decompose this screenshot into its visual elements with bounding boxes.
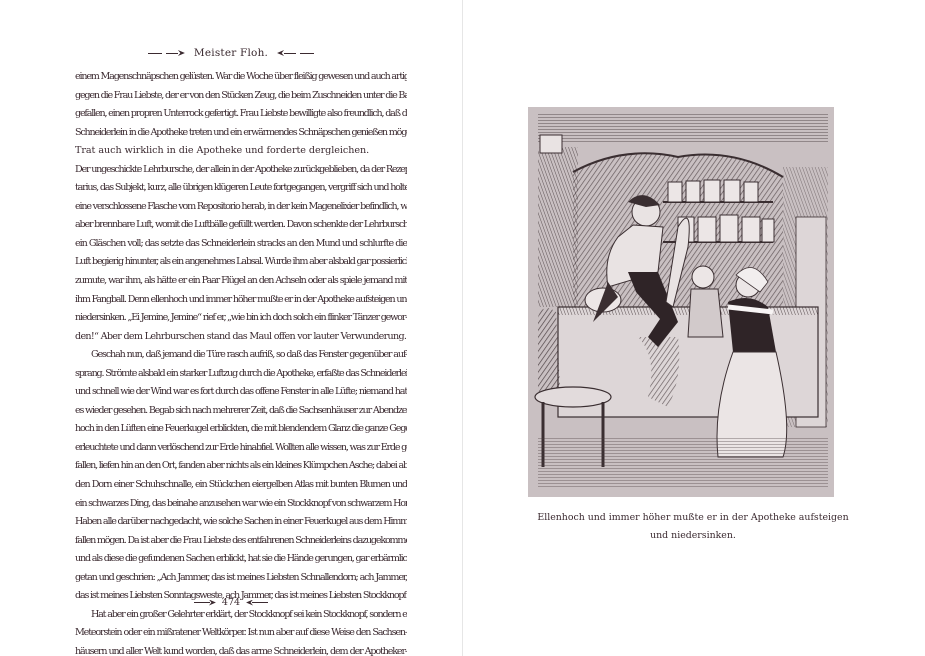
text-line: aber brennbare Luft, womit die Luftbälle…	[75, 216, 407, 235]
text-line: Geschah nun, daß jemand die Türe rasch a…	[75, 346, 407, 365]
text-line: hoch in den Lüften eine Feuerkugel erbli…	[75, 420, 407, 439]
text-line: Hat aber ein großer Gelehrter erklärt, d…	[75, 606, 407, 625]
illustration-plate	[528, 107, 834, 497]
text-line: den!“ Aber dem Lehrburschen stand das Ma…	[75, 328, 407, 347]
text-line: gegen die Frau Liebste, der er von den S…	[75, 87, 407, 106]
text-line: niedersinken. „Ei Jemine, Jemine“ rief e…	[75, 309, 407, 328]
text-line: Schneiderlein in die Apotheke treten und…	[75, 124, 407, 143]
text-line: erleuchtete und dann verlöschend zur Erd…	[75, 439, 407, 458]
running-head: Meister Floh.	[0, 47, 462, 59]
caption-line: Ellenhoch und immer höher mußte er in de…	[503, 509, 883, 527]
text-line: Meteorstein oder ein mißratener Weltkörp…	[75, 624, 407, 643]
right-page: Ellenhoch und immer höher mußte er in de…	[463, 0, 925, 656]
text-line: eine verschlossene Flasche vom Repositor…	[75, 198, 407, 217]
text-line: häusern und aller Welt kund worden, daß …	[75, 643, 407, 656]
folio-ornament-right-icon	[246, 600, 268, 606]
ornament-right-icon	[274, 50, 314, 56]
text-line: Der ungeschickte Lehrbursche, der allein…	[75, 161, 407, 180]
page-number-value: 474	[222, 597, 240, 608]
text-line: und als diese die gefundenen Sachen erbl…	[75, 550, 407, 569]
text-line: getan und geschrien: „Ach Jammer, das is…	[75, 569, 407, 588]
text-line: gefallen, einen propren Unterrock gefert…	[75, 105, 407, 124]
left-page: Meister Floh. einem Magenschnäpschen gel…	[0, 0, 462, 656]
text-line: und schnell wie der Wind war es fort dur…	[75, 383, 407, 402]
text-line: fallen mögen. Da ist aber die Frau Liebs…	[75, 532, 407, 551]
text-line: es wieder gesehen. Begab sich nach mehre…	[75, 402, 407, 421]
ornament-left-icon	[148, 50, 188, 56]
text-line: tarius, das Subjekt, kurz, alle übrigen …	[75, 179, 407, 198]
text-line: ein Gläschen voll; das setzte das Schnei…	[75, 235, 407, 254]
text-line: fallen, liefen hin an den Ort, fanden ab…	[75, 457, 407, 476]
running-head-title: Meister Floh.	[194, 47, 268, 59]
folio-ornament-left-icon	[194, 600, 216, 606]
engraving-illustration-icon	[528, 107, 834, 497]
text-line: Trat auch wirklich in die Apotheke und f…	[75, 142, 407, 161]
text-line: ein schwarzes Ding, das beinahe anzusehe…	[75, 495, 407, 514]
text-line: Luft begierig hinunter, als ein angenehm…	[75, 253, 407, 272]
body-text: einem Magenschnäpschen gelüsten. War die…	[75, 68, 407, 656]
text-line: zumute, war ihm, als hätte er ein Paar F…	[75, 272, 407, 291]
book-spread: Meister Floh. einem Magenschnäpschen gel…	[0, 0, 925, 656]
text-line: sprang. Strömte alsbald ein starker Luft…	[75, 365, 407, 384]
illustration-caption: Ellenhoch und immer höher mußte er in de…	[503, 509, 883, 545]
text-line: den Dorn einer Schuhschnalle, ein Stückc…	[75, 476, 407, 495]
text-line: einem Magenschnäpschen gelüsten. War die…	[75, 68, 407, 87]
text-line: ihm Fangball. Denn ellenhoch und immer h…	[75, 291, 407, 310]
page-number: 474	[0, 597, 462, 608]
caption-line: und niedersinken.	[503, 527, 883, 545]
text-line: Haben alle darüber nachgedacht, wie solc…	[75, 513, 407, 532]
